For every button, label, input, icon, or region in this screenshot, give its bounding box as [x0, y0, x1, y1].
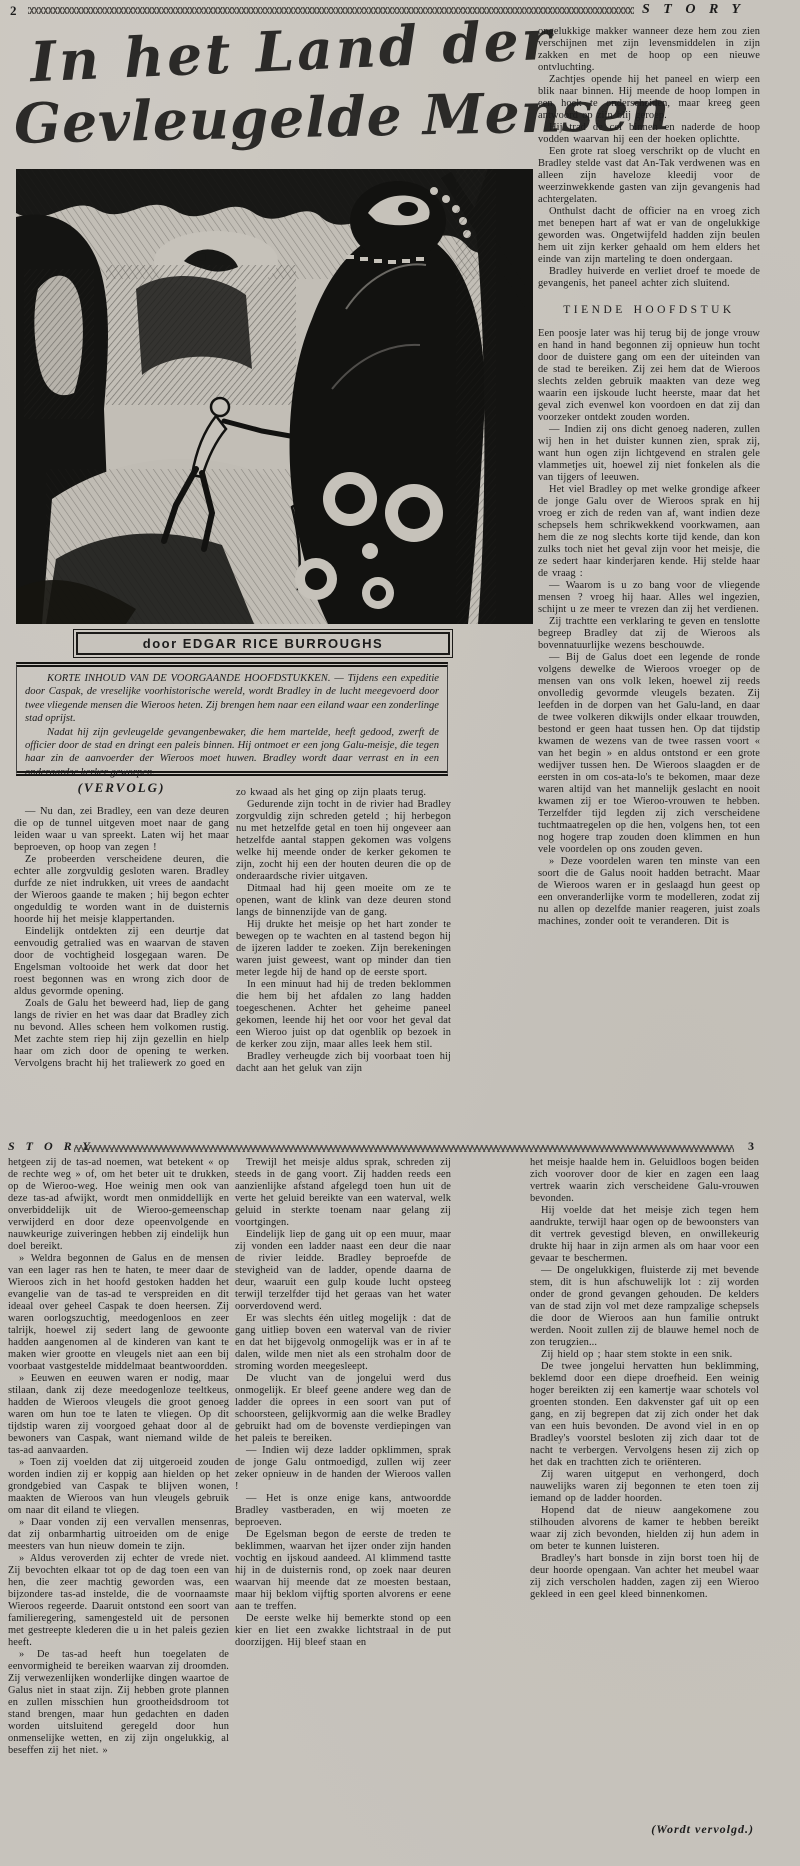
section-label-vervolg: (VERVOLG) — [14, 780, 229, 796]
paragraph: De Egelsman begon de eerste de treden te… — [235, 1529, 451, 1613]
paragraph: » Daar vonden zij een vervallen mensenra… — [8, 1517, 229, 1553]
page3-column-3: het meisje haalde hem in. Geluidloos bog… — [530, 1157, 759, 1817]
paragraph: KORTE INHOUD VAN DE VOORGAANDE HOOFDSTUK… — [25, 672, 439, 726]
paragraph: Trewijl het meisje aldus sprak, schreden… — [235, 1157, 451, 1229]
page2-column-3-bottom: Een poosje later was hij terug bij de jo… — [538, 328, 760, 928]
byline-text: door EDGAR RICE BURROUGHS — [143, 636, 383, 651]
paragraph: De eerste welke hij bemerkte stond op ee… — [235, 1613, 451, 1649]
paragraph: De vlucht van de jongelui werd dus onmog… — [235, 1373, 451, 1445]
page3-column-1: hetgeen zij de tas-ad noemen, wat beteke… — [8, 1157, 229, 1862]
paragraph: Onthulst dacht de officier na en vroeg z… — [538, 206, 760, 266]
paragraph: In een minuut had hij de treden beklomme… — [236, 979, 451, 1051]
paragraph: zo kwaad als het ging op zijn plaats ter… — [236, 787, 451, 799]
paragraph: — Het is onze enige kans, antwoordde Bra… — [235, 1493, 451, 1529]
paragraph: » Aldus veroverden zij echter de vrede n… — [8, 1553, 229, 1649]
paragraph: Nadat hij zijn gevleugelde gevangenbewak… — [25, 726, 439, 780]
paragraph: Hij trad de cel binnen en naderde de hoo… — [538, 122, 760, 146]
paragraph: Het viel Bradley op met welke grondige a… — [538, 484, 760, 580]
paragraph: » Eeuwen en eeuwen waren er nodig, maar … — [8, 1373, 229, 1457]
paragraph: Ditmaal had hij geen moeite om ze te ope… — [236, 883, 451, 919]
page2-number: 2 — [10, 3, 17, 19]
paragraph: Eindelijk liep de gang uit op een muur, … — [235, 1229, 451, 1313]
story-illustration — [16, 168, 533, 625]
page2-column-3: ongelukkige makker wanneer deze hem zou … — [538, 26, 760, 1144]
paragraph: het meisje haalde hem in. Geluidloos bog… — [530, 1157, 759, 1205]
paragraph: Hopend dat de nieuw aangekomene zou stil… — [530, 1505, 759, 1553]
paragraph: Bradley's hart bonsde in zijn borst toen… — [530, 1553, 759, 1601]
paragraph: Zoals de Galu het beweerd had, liep de g… — [14, 998, 229, 1070]
paragraph: Ze probeerden verscheidene deuren, die e… — [14, 854, 229, 926]
paragraph: » De tas-ad heeft hun toegelaten de eenv… — [8, 1649, 229, 1757]
paragraph: Gedurende zijn tocht in de rivier had Br… — [236, 799, 451, 883]
paragraph: — Indien wij deze ladder opklimmen, spra… — [235, 1445, 451, 1493]
paragraph: Zij trachtte een verklaring te geven en … — [538, 616, 760, 652]
paragraph: Een grote rat sloeg verschrikt op de vlu… — [538, 146, 760, 206]
paragraph: Eindelijk ontdekten zij een deurtje dat … — [14, 926, 229, 998]
paragraph: Bradley verheugde zich bij voorbaat toen… — [236, 1051, 451, 1075]
byline-box: door EDGAR RICE BURROUGHS — [76, 632, 450, 655]
page2-column-3-top: ongelukkige makker wanneer deze hem zou … — [538, 26, 760, 290]
tree-strip — [446, 169, 533, 624]
paragraph: Er was slechts één uitleg mogelijk : dat… — [235, 1313, 451, 1373]
summary-box: KORTE INHOUD VAN DE VOORGAANDE HOOFDSTUK… — [16, 662, 448, 776]
paragraph: ongelukkige makker wanneer deze hem zou … — [538, 26, 760, 74]
paragraph: Zachtjes opende hij het paneel en wierp … — [538, 74, 760, 122]
illustration-drawing — [16, 168, 533, 625]
paragraph: Hij drukte het meisje op het hart zonder… — [236, 919, 451, 979]
paragraph: Een poosje later was hij terug bij de jo… — [538, 328, 760, 424]
page2-column-1: — Nu dan, zei Bradley, een van deze deur… — [14, 806, 229, 1146]
paragraph: hetgeen zij de tas-ad noemen, wat beteke… — [8, 1157, 229, 1253]
paragraph: » Deze voordelen waren ten minste van ee… — [538, 856, 760, 928]
paragraph: De twee jongelui hervatten hun beklimmin… — [530, 1361, 759, 1469]
paragraph: — De ongelukkigen, fluisterde zij met be… — [530, 1265, 759, 1349]
paragraph: Zij waren uitgeput en verhongerd, doch n… — [530, 1469, 759, 1505]
page2-column-2: zo kwaad als het ging op zijn plaats ter… — [236, 787, 451, 1146]
page3-column-2: Trewijl het meisje aldus sprak, schreden… — [235, 1157, 451, 1862]
chapter-heading: TIENDE HOOFDSTUK — [538, 304, 760, 316]
page3-number: 3 — [748, 1139, 754, 1154]
continuation-note: (Wordt vervolgd.) — [530, 1822, 756, 1837]
paragraph: — Nu dan, zei Bradley, een van deze deur… — [14, 806, 229, 854]
paragraph: Hij voelde dat het meisje zich tegen hem… — [530, 1205, 759, 1265]
ornament-rule-middle — [74, 1145, 734, 1152]
page2-magazine-title: S T O R Y — [642, 2, 745, 18]
paragraph: — Bij de Galus doet een legende de ronde… — [538, 652, 760, 856]
paragraph: Bradley huiverde en verliet droef te moe… — [538, 266, 760, 290]
paragraph: » Toen zij voelden dat zij uitgeroeid zo… — [8, 1457, 229, 1517]
paragraph: — Waarom is u zo bang voor de vliegende … — [538, 580, 760, 616]
paragraph: » Weldra begonnen de Galus en de mensen … — [8, 1253, 229, 1373]
paragraph: Zij hield op ; haar stem stokte in een s… — [530, 1349, 759, 1361]
paragraph: — Indien zij ons dicht genoeg naderen, z… — [538, 424, 760, 484]
magazine-page-scan: 2 S T O R Y In het Land der Gevleugelde … — [0, 0, 800, 1866]
